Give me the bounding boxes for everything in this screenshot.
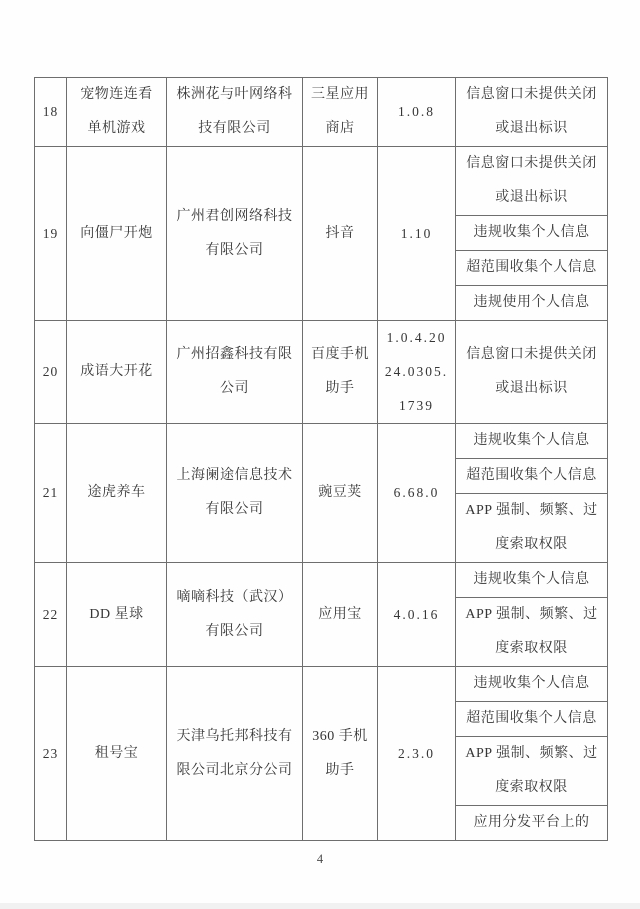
violation-cell: 违规收集个人信息 [456,424,608,459]
app-store-cell: 360 手机 助手 [303,667,378,841]
violation-cell: APP 强制、频繁、过 度索取权限 [456,494,608,563]
company-name-cell: 广州君创网络科技 有限公司 [167,147,303,321]
table-row: 19 向僵尸开炮 广州君创网络科技 有限公司 抖音 1.10 信息窗口未提供关闭… [35,147,608,216]
violation-cell: 违规使用个人信息 [456,286,608,321]
row-number-cell: 21 [35,424,67,563]
version-cell: 2.3.0 [378,667,456,841]
version-cell: 4.0.16 [378,563,456,667]
violation-cell: 违规收集个人信息 [456,216,608,251]
app-store-cell: 应用宝 [303,563,378,667]
table-row: 23 租号宝 天津乌托邦科技有 限公司北京分公司 360 手机 助手 2.3.0… [35,667,608,702]
version-cell: 1.0.8 [378,78,456,147]
app-name-cell: 租号宝 [67,667,167,841]
violation-cell: 超范围收集个人信息 [456,459,608,494]
version-cell: 6.68.0 [378,424,456,563]
violation-cell: 应用分发平台上的 [456,806,608,841]
table-row: 20 成语大开花 广州招鑫科技有限 公司 百度手机 助手 1.0.4.20 24… [35,321,608,424]
app-store-cell: 豌豆荚 [303,424,378,563]
violation-cell: 信息窗口未提供关闭 或退出标识 [456,78,608,147]
table-row: 21 途虎养车 上海阑途信息技术 有限公司 豌豆荚 6.68.0 违规收集个人信… [35,424,608,459]
page-number: 4 [0,852,640,867]
violation-cell: 信息窗口未提供关闭 或退出标识 [456,147,608,216]
app-store-cell: 百度手机 助手 [303,321,378,424]
company-name-cell: 广州招鑫科技有限 公司 [167,321,303,424]
row-number-cell: 19 [35,147,67,321]
app-name-cell: 成语大开花 [67,321,167,424]
violation-cell: 违规收集个人信息 [456,563,608,598]
app-store-cell: 抖音 [303,147,378,321]
table-row: 22 DD 星球 嘀嘀科技（武汉） 有限公司 应用宝 4.0.16 违规收集个人… [35,563,608,598]
company-name-cell: 上海阑途信息技术 有限公司 [167,424,303,563]
document-page: 18 宠物连连看 单机游戏 株洲花与叶网络科 技有限公司 三星应用 商店 1.0… [0,0,640,909]
violation-cell: APP 强制、频繁、过 度索取权限 [456,737,608,806]
app-name-cell: 途虎养车 [67,424,167,563]
app-name-cell: 宠物连连看 单机游戏 [67,78,167,147]
app-name-cell: 向僵尸开炮 [67,147,167,321]
row-number-cell: 23 [35,667,67,841]
row-number-cell: 20 [35,321,67,424]
version-cell: 1.10 [378,147,456,321]
page-bottom-edge [0,903,640,909]
violations-table: 18 宠物连连看 单机游戏 株洲花与叶网络科 技有限公司 三星应用 商店 1.0… [34,77,608,841]
table-row: 18 宠物连连看 单机游戏 株洲花与叶网络科 技有限公司 三星应用 商店 1.0… [35,78,608,147]
violation-cell: APP 强制、频繁、过 度索取权限 [456,598,608,667]
violation-cell: 超范围收集个人信息 [456,702,608,737]
company-name-cell: 株洲花与叶网络科 技有限公司 [167,78,303,147]
violation-cell: 信息窗口未提供关闭 或退出标识 [456,321,608,424]
violation-cell: 违规收集个人信息 [456,667,608,702]
row-number-cell: 22 [35,563,67,667]
company-name-cell: 嘀嘀科技（武汉） 有限公司 [167,563,303,667]
app-store-cell: 三星应用 商店 [303,78,378,147]
app-name-cell: DD 星球 [67,563,167,667]
row-number-cell: 18 [35,78,67,147]
company-name-cell: 天津乌托邦科技有 限公司北京分公司 [167,667,303,841]
violation-cell: 超范围收集个人信息 [456,251,608,286]
version-cell: 1.0.4.20 24.0305. 1739 [378,321,456,424]
